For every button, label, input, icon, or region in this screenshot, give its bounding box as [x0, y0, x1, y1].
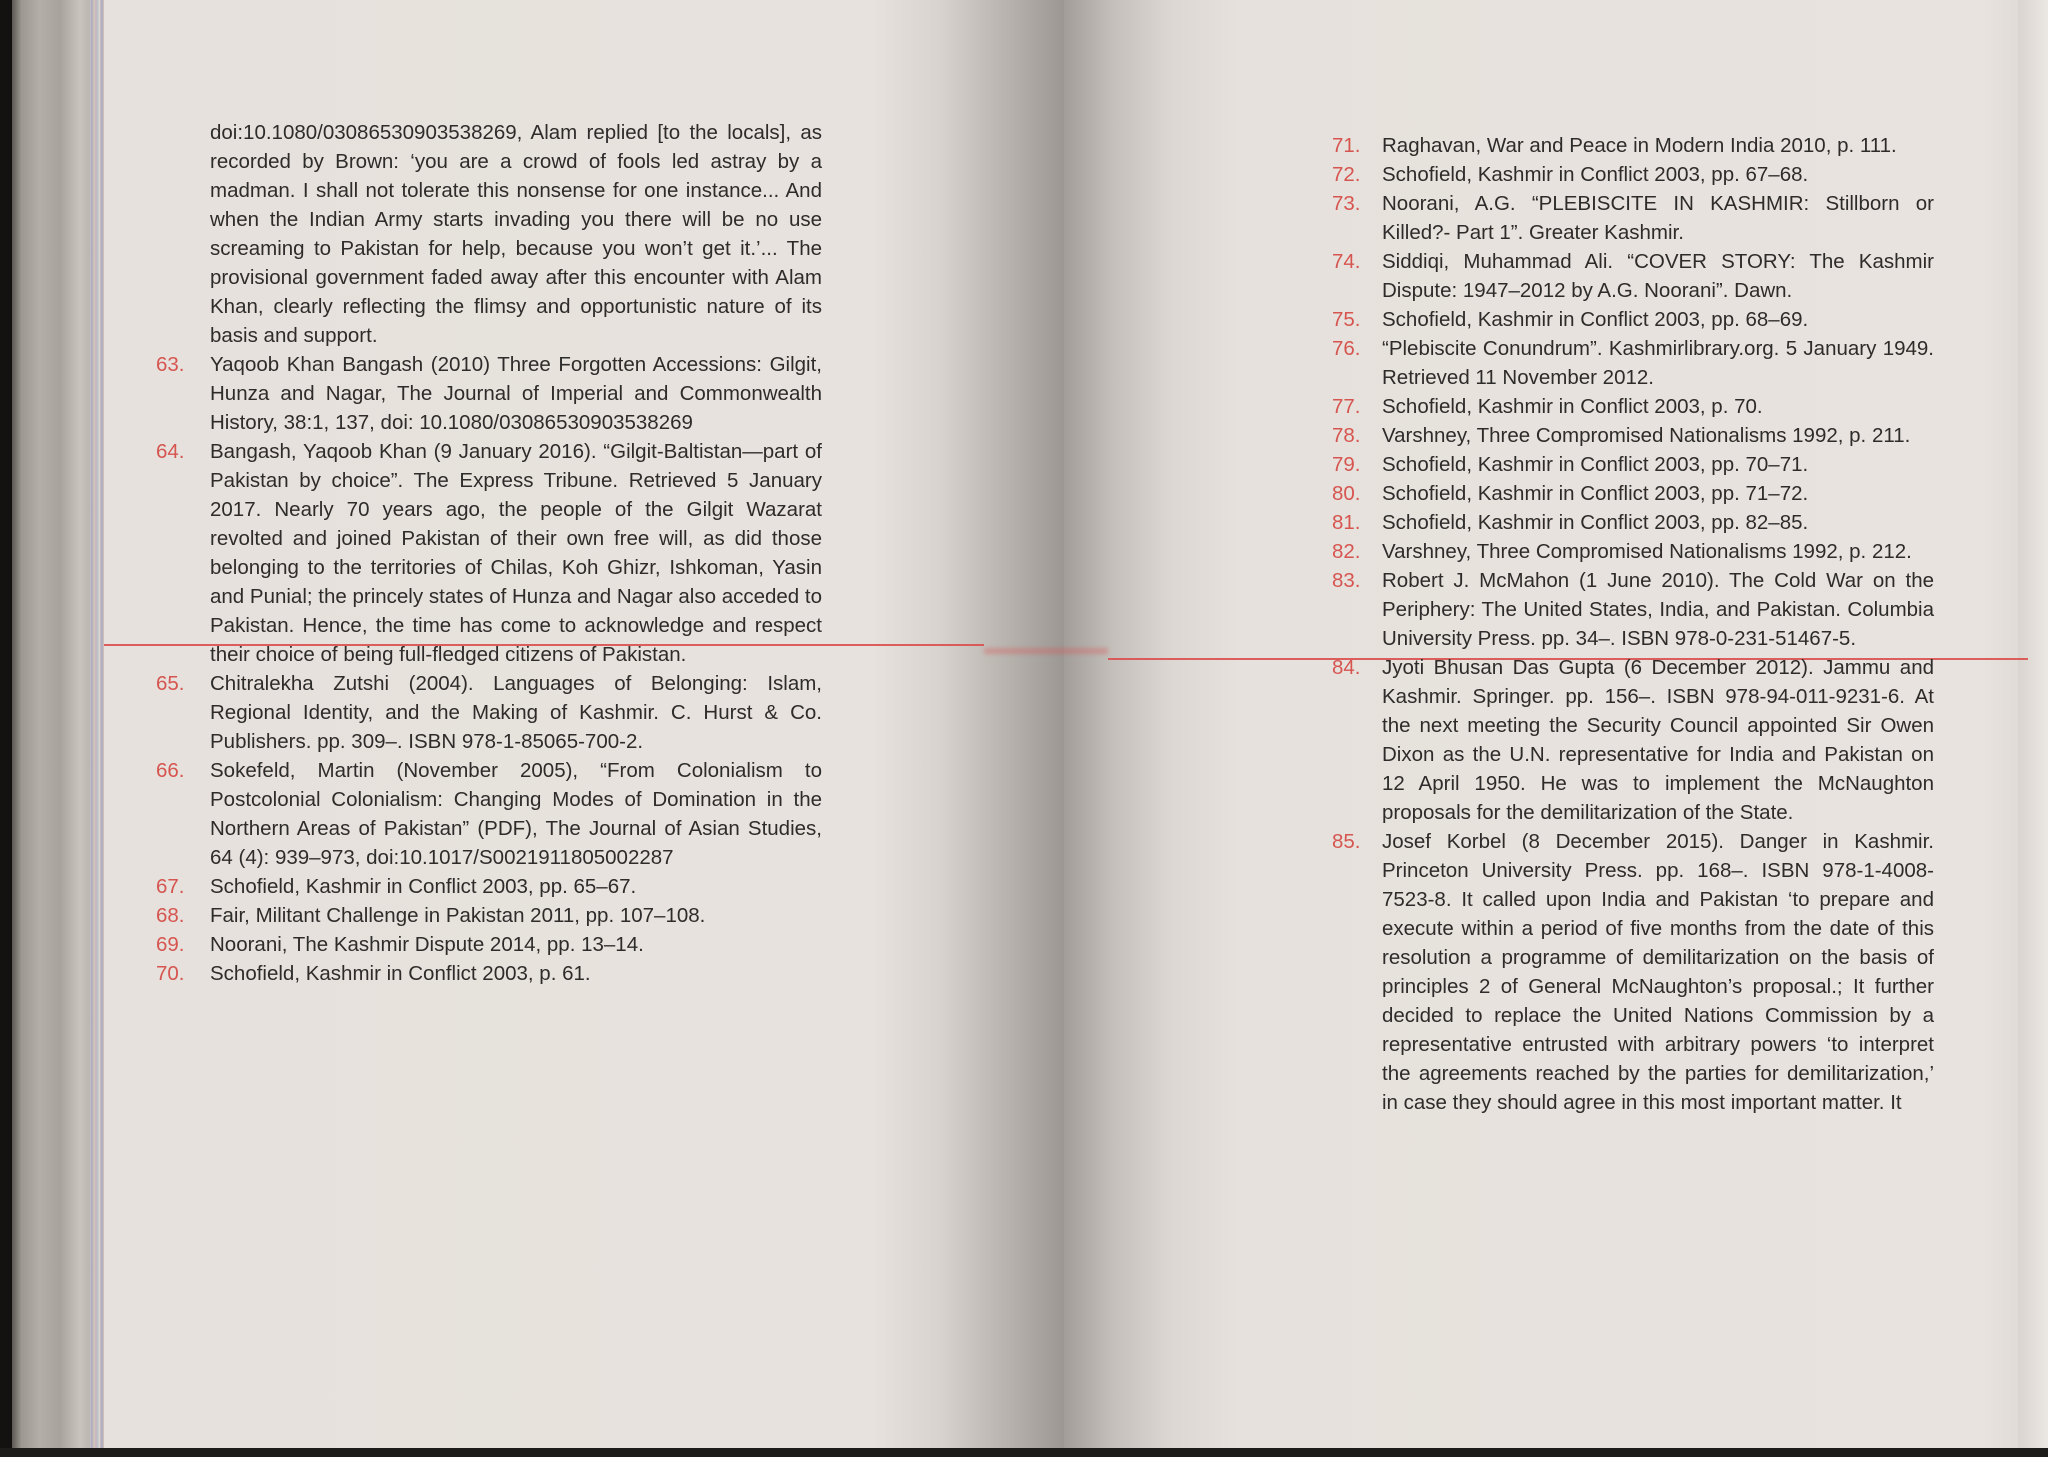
note-text: Jyoti Bhusan Das Gupta (6 December 2012)… [1382, 653, 1934, 827]
note-number: 64. [156, 437, 204, 466]
note-number: 73. [1332, 189, 1380, 218]
scan-artifact-line-gutter [984, 648, 1108, 654]
endnote-67: 67. Schofield, Kashmir in Conflict 2003,… [210, 872, 822, 901]
note-number: 69. [156, 930, 204, 959]
note-number: 70. [156, 959, 204, 988]
endnote-63: 63. Yaqoob Khan Bangash (2010) Three For… [210, 350, 822, 437]
note-text: Sokefeld, Martin (November 2005), “From … [210, 756, 822, 872]
endnote-65: 65. Chitralekha Zutshi (2004). Languages… [210, 669, 822, 756]
endnotes-right: 71. Raghavan, War and Peace in Modern In… [1382, 131, 1934, 1117]
note-text: Varshney, Three Compromised Nationalisms… [1382, 537, 1934, 566]
endnote-81: 81. Schofield, Kashmir in Conflict 2003,… [1382, 508, 1934, 537]
note-number: 68. [156, 901, 204, 930]
note-text: Fair, Militant Challenge in Pakistan 201… [210, 901, 822, 930]
note-text: Schofield, Kashmir in Conflict 2003, p. … [1382, 392, 1934, 421]
book-spread: doi:10.1080/03086530903538269, Alam repl… [0, 0, 2048, 1457]
note-number: 85. [1332, 827, 1380, 856]
note-number: 82. [1332, 537, 1380, 566]
page-edges-stripes [90, 0, 104, 1450]
endnote-69: 69. Noorani, The Kashmir Dispute 2014, p… [210, 930, 822, 959]
note-text: Schofield, Kashmir in Conflict 2003, pp.… [1382, 450, 1934, 479]
note-number: 75. [1332, 305, 1380, 334]
endnote-72: 72. Schofield, Kashmir in Conflict 2003,… [1382, 160, 1934, 189]
note-number: 76. [1332, 334, 1380, 363]
endnote-82: 82. Varshney, Three Compromised National… [1382, 537, 1934, 566]
note-text: Raghavan, War and Peace in Modern India … [1382, 131, 1934, 160]
note-number: 65. [156, 669, 204, 698]
note-text: Schofield, Kashmir in Conflict 2003, pp.… [1382, 305, 1934, 334]
note-text: Robert J. McMahon (1 June 2010). The Col… [1382, 566, 1934, 653]
note-text: Bangash, Yaqoob Khan (9 January 2016). “… [210, 437, 822, 669]
endnote-continuation: doi:10.1080/03086530903538269, Alam repl… [210, 118, 822, 350]
note-number: 80. [1332, 479, 1380, 508]
note-text: Schofield, Kashmir in Conflict 2003, pp.… [1382, 508, 1934, 537]
endnote-84: 84. Jyoti Bhusan Das Gupta (6 December 2… [1382, 653, 1934, 827]
endnote-80: 80. Schofield, Kashmir in Conflict 2003,… [1382, 479, 1934, 508]
scanner-bottom-edge [0, 1448, 2048, 1457]
note-number: 84. [1332, 653, 1380, 682]
endnote-71: 71. Raghavan, War and Peace in Modern In… [1382, 131, 1934, 160]
note-text: Josef Korbel (8 December 2015). Danger i… [1382, 827, 1934, 1117]
note-text: doi:10.1080/03086530903538269, Alam repl… [210, 118, 822, 350]
endnote-83: 83. Robert J. McMahon (1 June 2010). The… [1382, 566, 1934, 653]
endnote-70: 70. Schofield, Kashmir in Conflict 2003,… [210, 959, 822, 988]
endnote-78: 78. Varshney, Three Compromised National… [1382, 421, 1934, 450]
note-text: Schofield, Kashmir in Conflict 2003, pp.… [1382, 160, 1934, 189]
note-text: Schofield, Kashmir in Conflict 2003, p. … [210, 959, 822, 988]
note-text: Noorani, A.G. “PLEBISCITE IN KASHMIR: St… [1382, 189, 1934, 247]
note-number: 78. [1332, 421, 1380, 450]
note-number: 63. [156, 350, 204, 379]
endnote-79: 79. Schofield, Kashmir in Conflict 2003,… [1382, 450, 1934, 479]
note-text: Siddiqi, Muhammad Ali. “COVER STORY: The… [1382, 247, 1934, 305]
note-text: “Plebiscite Conundrum”. Kashmirlibrary.o… [1382, 334, 1934, 392]
note-number: 83. [1332, 566, 1380, 595]
note-number: 67. [156, 872, 204, 901]
note-number: 74. [1332, 247, 1380, 276]
endnote-74: 74. Siddiqi, Muhammad Ali. “COVER STORY:… [1382, 247, 1934, 305]
note-number: 81. [1332, 508, 1380, 537]
page-block-edge [12, 0, 92, 1450]
note-number: 77. [1332, 392, 1380, 421]
endnotes-left: doi:10.1080/03086530903538269, Alam repl… [210, 118, 822, 988]
endnote-68: 68. Fair, Militant Challenge in Pakistan… [210, 901, 822, 930]
note-text: Schofield, Kashmir in Conflict 2003, pp.… [210, 872, 822, 901]
note-text: Varshney, Three Compromised Nationalisms… [1382, 421, 1934, 450]
endnote-76: 76. “Plebiscite Conundrum”. Kashmirlibra… [1382, 334, 1934, 392]
endnote-66: 66. Sokefeld, Martin (November 2005), “F… [210, 756, 822, 872]
scanner-edge [0, 0, 12, 1457]
endnote-77: 77. Schofield, Kashmir in Conflict 2003,… [1382, 392, 1934, 421]
note-text: Noorani, The Kashmir Dispute 2014, pp. 1… [210, 930, 822, 959]
endnote-64: 64. Bangash, Yaqoob Khan (9 January 2016… [210, 437, 822, 669]
note-text: Yaqoob Khan Bangash (2010) Three Forgott… [210, 350, 822, 437]
note-number: 71. [1332, 131, 1380, 160]
note-number: 66. [156, 756, 204, 785]
endnote-75: 75. Schofield, Kashmir in Conflict 2003,… [1382, 305, 1934, 334]
note-number: 72. [1332, 160, 1380, 189]
note-text: Schofield, Kashmir in Conflict 2003, pp.… [1382, 479, 1934, 508]
endnote-73: 73. Noorani, A.G. “PLEBISCITE IN KASHMIR… [1382, 189, 1934, 247]
right-page-edge [2018, 0, 2048, 1450]
endnote-85: 85. Josef Korbel (8 December 2015). Dang… [1382, 827, 1934, 1117]
note-text: Chitralekha Zutshi (2004). Languages of … [210, 669, 822, 756]
note-number: 79. [1332, 450, 1380, 479]
